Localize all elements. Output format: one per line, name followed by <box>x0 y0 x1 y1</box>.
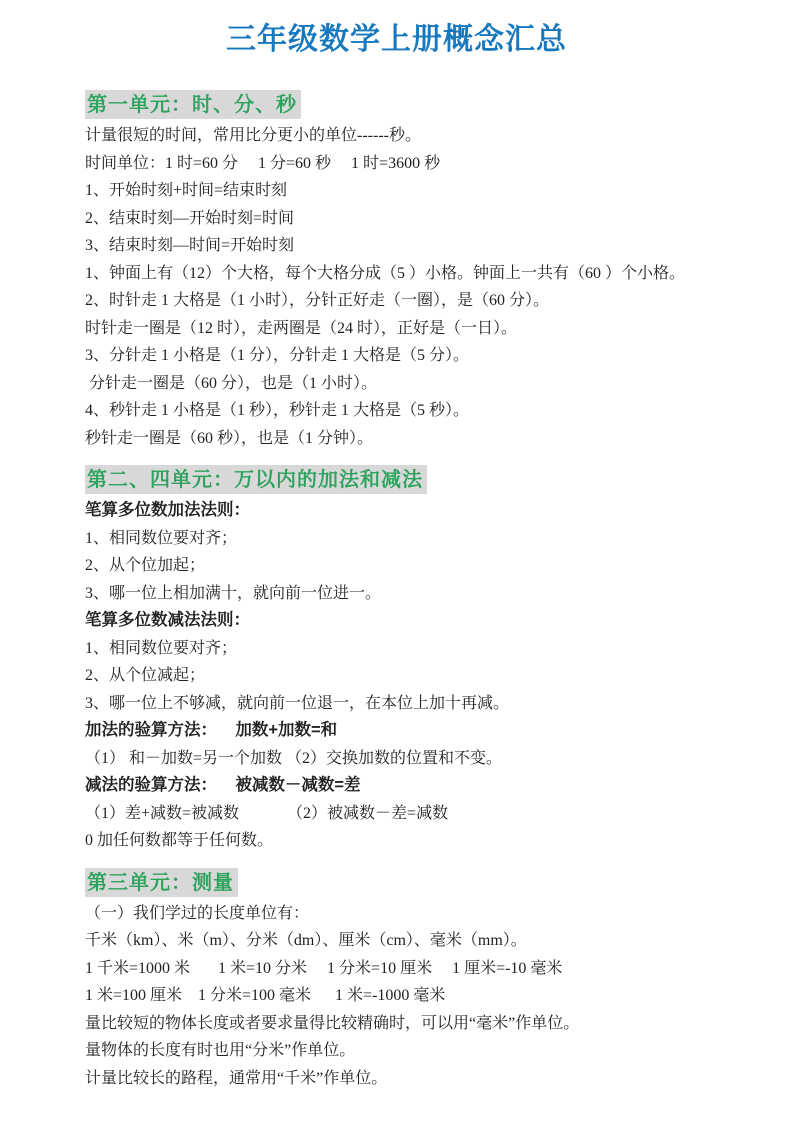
text-line: 计量很短的时间，常用比分更小的单位------秒。 <box>85 122 743 150</box>
text-line: 量比较短的物体长度或者要求量得比较精确时，可以用“毫米”作单位。 <box>85 1010 743 1038</box>
text-line: 1 米=100 厘米 1 分米=100 毫米 1 米=-1000 毫米 <box>85 982 743 1010</box>
text-line: 量物体的长度有时也用“分米”作单位。 <box>85 1037 743 1065</box>
text-line: （一）我们学过的长度单位有： <box>85 900 743 928</box>
text-line: 4、秒针走 1 小格是（1 秒），秒针走 1 大格是（5 秒）。 <box>85 397 743 425</box>
section-heading-unit3: 第三单元：测量 <box>85 868 238 897</box>
text-line: （1） 和－加数=另一个加数 （2）交换加数的位置和不变。 <box>85 745 743 773</box>
text-line: 3、结束时刻—时间=开始时刻 <box>85 232 743 260</box>
document-title: 三年级数学上册概念汇总 <box>0 22 793 58</box>
text-line: 3、哪一位上不够减，就向前一位退一，在本位上加十再减。 <box>85 690 743 718</box>
document-page: 三年级数学上册概念汇总 第一单元：时、分、秒 计量很短的时间，常用比分更小的单位… <box>0 0 793 1122</box>
text-line: 1、相同数位要对齐； <box>85 635 743 663</box>
text-line: 2、从个位减起； <box>85 662 743 690</box>
text-line: 3、分针走 1 小格是（1 分），分针走 1 大格是（5 分）。 <box>85 342 743 370</box>
text-line: 秒针走一圈是（60 秒），也是（1 分钟）。 <box>85 425 743 453</box>
text-line: 1、开始时刻+时间=结束时刻 <box>85 177 743 205</box>
section-time-minute-second: 第一单元：时、分、秒 计量很短的时间，常用比分更小的单位------秒。 时间单… <box>85 90 743 452</box>
text-line: 时间单位：1 时=60 分 1 分=60 秒 1 时=3600 秒 <box>85 150 743 178</box>
text-line: 1、钟面上有（12）个大格，每个大格分成（5 ）小格。钟面上一共有（60 ）个小… <box>85 260 743 288</box>
section-heading-unit1: 第一单元：时、分、秒 <box>85 90 301 119</box>
text-line: 1、相同数位要对齐； <box>85 525 743 553</box>
text-line: 3、哪一位上相加满十，就向前一位进一。 <box>85 580 743 608</box>
text-line: 分针走一圈是（60 分），也是（1 小时）。 <box>85 370 743 398</box>
text-line-bold: 笔算多位数减法法则： <box>85 607 743 635</box>
text-line-bold: 加法的验算方法： 加数+加数=和 <box>85 717 743 745</box>
text-line: 2、时针走 1 大格是（1 小时），分针正好走（一圈），是（60 分）。 <box>85 287 743 315</box>
text-line-bold: 减法的验算方法： 被减数－减数=差 <box>85 772 743 800</box>
section-addition-subtraction: 第二、四单元：万以内的加法和减法 笔算多位数加法法则： 1、相同数位要对齐； 2… <box>85 465 743 855</box>
text-line: （1）差+减数=被减数 （2）被减数－差=减数 <box>85 800 743 828</box>
text-line: 计量比较长的路程，通常用“千米”作单位。 <box>85 1065 743 1093</box>
text-line: 时针走一圈是（12 时），走两圈是（24 时），正好是（一日）。 <box>85 315 743 343</box>
text-line-bold: 笔算多位数加法法则： <box>85 497 743 525</box>
text-line: 2、结束时刻—开始时刻=时间 <box>85 205 743 233</box>
text-line: 1 千米=1000 米 1 米=10 分米 1 分米=10 厘米 1 厘米=-1… <box>85 955 743 983</box>
text-line: 2、从个位加起； <box>85 552 743 580</box>
section-heading-unit2-4: 第二、四单元：万以内的加法和减法 <box>85 465 427 494</box>
section-measurement: 第三单元：测量 （一）我们学过的长度单位有： 千米（km）、米（m）、分米（dm… <box>85 868 743 1093</box>
text-line: 0 加任何数都等于任何数。 <box>85 827 743 855</box>
text-line: 千米（km）、米（m）、分米（dm）、厘米（cm）、毫米（mm）。 <box>85 927 743 955</box>
